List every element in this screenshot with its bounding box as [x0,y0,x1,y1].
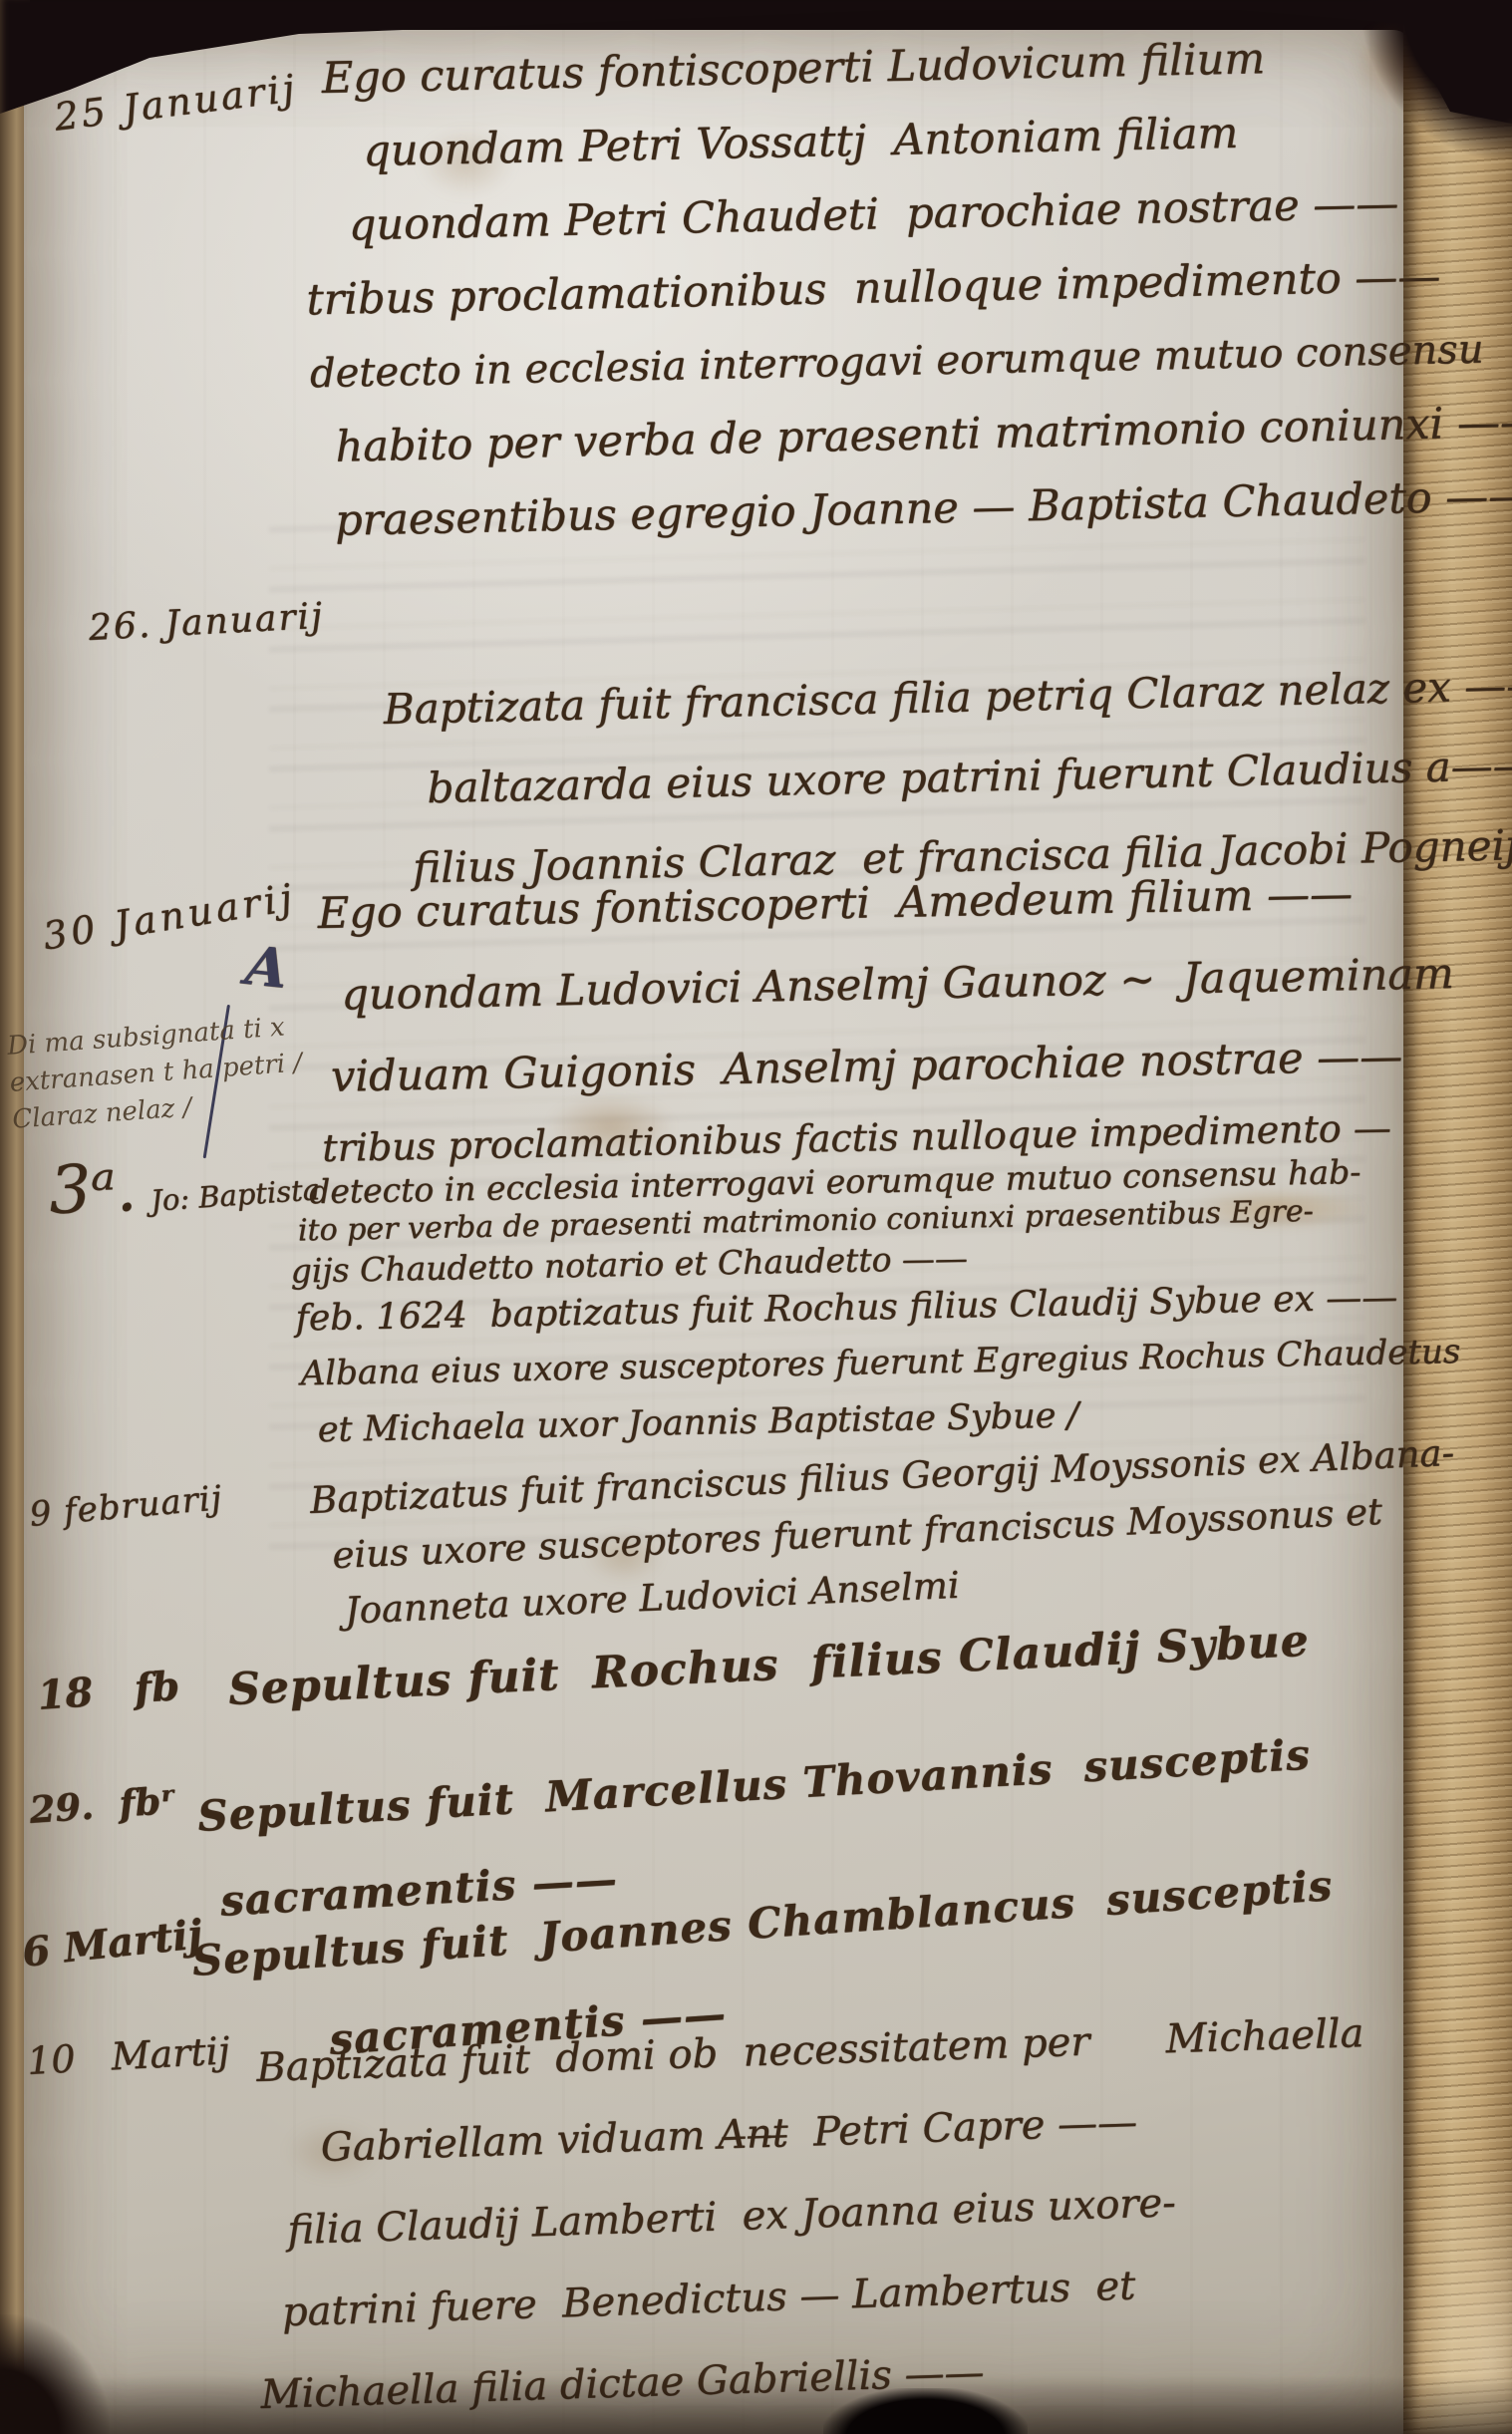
manuscript-line: Baptizatus fuit franciscus filius Georgi… [309,1425,1455,1529]
manuscript-line: Sepultus fuit Rochus filius Claudij Sybu… [227,1616,1311,1715]
record-lines: Baptizata fuit francisca filia petriq Cl… [383,646,1512,909]
manuscript-line: quondam Ludovici Anselmj Gaunoz ~ Jaquem… [341,933,1455,1036]
manuscript-line: feb. 1624 baptizatus fuit Rochus filius … [295,1270,1460,1346]
manuscript-line: Ego curatus fontiscoperti Ludovicum fili… [321,16,1512,115]
manuscript-line: et Michaela uxor Joannis Baptistae Sybue… [317,1380,1462,1458]
record-date: 29. fbʳ [28,1778,177,1832]
manuscript-line: detecto in ecclesia interrogavi eorumque… [309,1150,1458,1212]
manuscript-line: sacramentis —— [327,1930,1342,2084]
record-lines: Sepultus fuit Marcellus Thovannis suscep… [195,1712,1318,1946]
record-lines: Ego curatus fontiscoperti Ludovicum fili… [321,16,1512,557]
manuscript-line: Joanneta uxore Ludovici Anselmi [344,1537,1460,1640]
manuscript-line: praesentibus egregio Joanne — Baptista C… [334,458,1512,557]
record: 30 Januarij A Di ma subsignata ti xextra… [0,0,1512,2434]
manuscript-line: Baptizata fuit domi ob necessitatem per … [255,1992,1365,2109]
bottom-left-corner-shadow [0,2314,110,2434]
manuscript-line: filius Joannis Claraz et francisca filia… [412,804,1512,908]
record-lines: Baptizatus fuit franciscus filius Georgi… [309,1425,1460,1641]
manuscript-line: tribus proclamationibus nulloque impedim… [306,237,1512,337]
manuscript-line: Ego curatus fontiscoperti Amedeum filium… [317,851,1453,955]
margin-note-line: Di ma subsignata ti x [6,1008,301,1065]
manuscript-line: Sepultus fuit Marcellus Thovannis suscep… [195,1712,1313,1860]
manuscript-line: Baptizata fuit francisca filia petriq Cl… [383,646,1512,750]
record-date: 26. Januarij [88,596,325,649]
manuscript-line: Gabriellam viduam A̶n̶t̶ Petri Capre —— [320,2074,1368,2189]
manuscript-line: detecto in ecclesia interrogavi eorumque… [309,311,1512,411]
manuscript-line: filia Claudij Lamberti ex Joanna eius ux… [286,2156,1370,2272]
manuscript-line: baltazarda eius uxore patrini fuerunt Cl… [427,726,1512,829]
record-date: 30 Januarij [40,875,299,959]
record-date: 6 Martij [20,1911,204,1977]
margin-mark-slash [203,1005,230,1159]
record: 18 fb Sepultus fuit Rochus filius Claudi… [0,0,1512,2434]
manuscript-line: patrini fuere Benedictus — Lambertus et [281,2238,1373,2353]
margin-note-line: Claraz nelaz / [11,1081,306,1138]
photo-frame: 25 Januarij Ego curatus fontiscoperti Lu… [0,0,1512,2434]
manuscript-line: Sepultus fuit Joannes Chamblancus suscep… [189,1842,1336,2005]
record-lines: Baptizata fuit domi ob necessitatem per … [255,1992,1375,2434]
record: 25 Januarij Ego curatus fontiscoperti Lu… [0,0,1512,2434]
manuscript-line: habito per verba de praesenti matrimonio… [335,385,1512,483]
bottom-gap-shadow [823,2388,1028,2434]
manuscript-line: ito per verba de praesenti matrimonio co… [298,1190,1459,1249]
margin-note-line: extranasen t ha petri / [9,1045,304,1101]
manuscript-line: sacramentis —— [218,1797,1318,1944]
manuscript-line: gijs Chaudetto notario et Chaudetto —— [290,1227,1459,1293]
manuscript-line: quondam Petri Chaudeti parochiae nostrae… [348,163,1512,262]
manuscript-line: viduam Guigonis Anselmj parochiae nostra… [330,1015,1456,1118]
record: 29. fbʳ Sepultus fuit Marcellus Thovanni… [0,0,1512,2434]
manuscript-line: quondam Petri Vossattj Antoniam filiam [363,90,1512,188]
record-margin-note: Di ma subsignata ti xextranasen t ha pet… [6,1008,306,1138]
record: 9 februarij Baptizatus fuit franciscus f… [0,0,1512,2434]
record: 6 Martij Sepultus fuit Joannes Chamblanc… [0,0,1512,2434]
record-lines: Sepultus fuit Joannes Chamblancus suscep… [189,1842,1342,2093]
manuscript-line: eius uxore susceptores fuerunt franciscu… [331,1481,1457,1584]
record-margin-signature: Jo: Baptista [150,1172,321,1218]
record-margin-number: 3ᵃ. [48,1149,138,1229]
record: 26. Januarij Baptizata fuit francisca fi… [0,0,1512,2434]
record-lines: Sepultus fuit Rochus filius Claudij Sybu… [227,1616,1311,1715]
manuscript-line: tribus proclamationibus factis nulloque … [322,1102,1457,1172]
record: 10 Martij Baptizata fuit domi ob necessi… [0,0,1512,2434]
manuscript-line: Albana eius uxore susceptores fuerunt Eg… [300,1324,1461,1402]
record-date: 18 fb [36,1663,181,1719]
record-date: 9 februarij [28,1478,224,1535]
record-date: 10 Martij [26,2028,231,2083]
top-right-corner-shadow [1362,0,1512,159]
record-lines: Ego curatus fontiscoperti Amedeum filium… [317,851,1463,1458]
margin-mark-a: A [242,933,290,1001]
photo-bottom-shadow [0,2376,1512,2434]
records-layer: 25 Januarij Ego curatus fontiscoperti Lu… [0,0,1512,2434]
